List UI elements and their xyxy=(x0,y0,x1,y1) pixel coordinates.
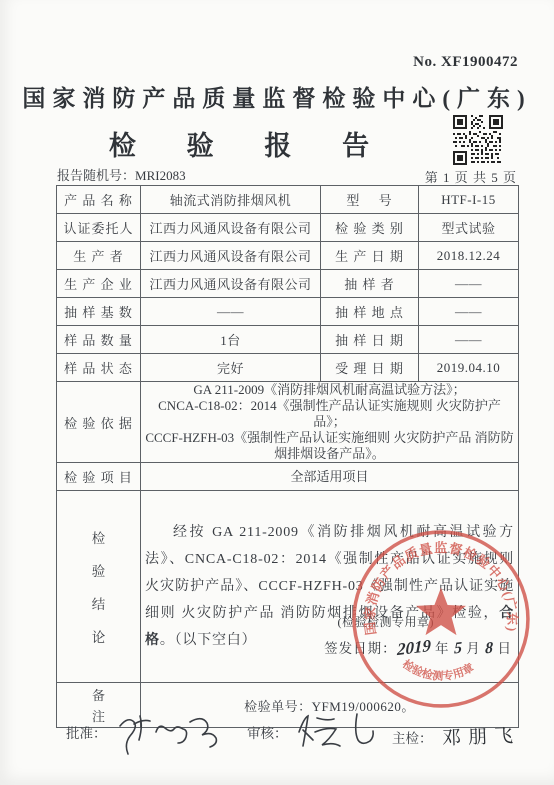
chief-signature-block: 主检： 邓朋飞 xyxy=(392,722,520,749)
table-row-items: 检 验 项 目 全部适用项目 xyxy=(57,463,519,491)
signature-row: 批准： 审核： 主检： 邓朋飞 xyxy=(56,710,526,766)
report-title: 检 验 报 告 xyxy=(20,124,480,163)
conclusion-label-char: 论 xyxy=(92,626,106,646)
serial-label: 报告随机号： xyxy=(57,168,135,183)
chief-label: 主检： xyxy=(392,731,433,746)
field-label: 抽 样 地 点 xyxy=(321,298,419,326)
field-value: HTF-I-15 xyxy=(419,186,519,214)
handwritten-year: 2019 xyxy=(397,636,431,660)
field-label: 检 验 项 目 xyxy=(57,463,141,491)
field-label: 抽 样 基 数 xyxy=(57,298,141,326)
field-value: 2018.12.24 xyxy=(419,242,519,270)
field-label: 认证委托人 xyxy=(57,214,141,242)
conclusion-body: 经按 GA 211-2009《消防排烟风机耐高温试验方法》、CNCA-C18-0… xyxy=(145,525,514,621)
serial-value: MRI2083 xyxy=(135,168,186,183)
field-label: 生 产 日 期 xyxy=(321,242,419,270)
review-label: 审核： xyxy=(247,726,288,741)
issue-date-prefix: 签发日期： xyxy=(324,641,397,656)
field-value: 2019.04.10 xyxy=(419,354,519,382)
field-value: 轴流式消防排烟风机 xyxy=(141,186,321,214)
field-label: 产 品 名 称 xyxy=(57,186,141,214)
serial-number-line: 报告随机号：MRI2083 xyxy=(57,165,186,184)
inspection-basis-value: GA 211-2009《消防排烟风机耐高温试验方法》； CNCA-C18-02：… xyxy=(141,382,519,463)
conclusion-tail: 。（以下空白） xyxy=(160,633,257,648)
field-value: —— xyxy=(141,298,321,326)
field-label: 生 产 企 业 xyxy=(57,270,141,298)
conclusion-label-char: 检 xyxy=(92,527,106,547)
field-value: 江西力风通风设备有限公司 xyxy=(141,242,321,270)
conclusion-cell: 经按 GA 211-2009《消防排烟风机耐高温试验方法》、CNCA-C18-0… xyxy=(141,491,519,683)
field-label: 样 品 状 态 xyxy=(57,354,141,382)
table-row: 抽 样 基 数 —— 抽 样 地 点 —— xyxy=(57,298,519,326)
table-row: 认证委托人 江西力风通风设备有限公司 检 验 类 别 型式试验 xyxy=(57,214,519,242)
inspection-report-page: No. XF1900472 国家消防产品质量监督检验中心(广东) 检 验 报 告… xyxy=(0,0,554,785)
field-value: —— xyxy=(419,298,519,326)
field-label: 生 产 者 xyxy=(57,242,141,270)
reviewer-signature xyxy=(291,708,391,760)
field-label: 检 验 依 据 xyxy=(57,382,141,463)
conclusion-text: 经按 GA 211-2009《消防排烟风机耐高温试验方法》、CNCA-C18-0… xyxy=(145,519,514,654)
inspection-items-value: 全部适用项目 xyxy=(141,463,519,491)
field-value: 江西力风通风设备有限公司 xyxy=(141,214,321,242)
basis-line: CCCF-HZFH-03《强制性产品认证实施细则 火灾防护产品 消防防烟排烟设备… xyxy=(145,430,514,462)
table-row-conclusion: 检 验 结 论 经按 GA 211-2009《消防排烟风机耐高温试验方法》、CN… xyxy=(57,491,519,683)
qr-code-icon xyxy=(451,115,505,165)
basis-line: CNCA-C18-02：2014《强制性产品认证实施规则 火灾防护产品》； xyxy=(145,398,514,430)
field-label: 型 号 xyxy=(321,186,419,214)
table-row: 产 品 名 称 轴流式消防排烟风机 型 号 HTF-I-15 xyxy=(57,186,519,214)
table-row: 生 产 者 江西力风通风设备有限公司 生 产 日 期 2018.12.24 xyxy=(57,242,519,270)
field-value: —— xyxy=(419,326,519,354)
field-value: 型式试验 xyxy=(419,214,519,242)
table-row: 样 品 状 态 完好 受 理 日 期 2019.04.10 xyxy=(57,354,519,382)
conclusion-label-char: 结 xyxy=(92,593,106,613)
conclusion-label-char: 验 xyxy=(92,560,106,580)
field-label: 抽 样 日 期 xyxy=(321,326,419,354)
handwritten-month: 5 xyxy=(454,639,462,658)
basis-line: GA 211-2009《消防排烟风机耐高温试验方法》； xyxy=(145,382,514,398)
field-value: —— xyxy=(419,270,519,298)
report-table: 产 品 名 称 轴流式消防排烟风机 型 号 HTF-I-15 认证委托人 江西力… xyxy=(56,185,519,728)
month-label: 月 xyxy=(466,641,481,656)
field-label: 样 品 数 量 xyxy=(57,326,141,354)
field-label: 受 理 日 期 xyxy=(321,354,419,382)
field-label: 检 验 类 别 xyxy=(321,214,419,242)
field-value: 江西力风通风设备有限公司 xyxy=(141,270,321,298)
handwritten-day: 8 xyxy=(485,639,493,658)
table-row: 生 产 企 业 江西力风通风设备有限公司 抽 样 者 —— xyxy=(57,270,519,298)
table-row-basis: 检 验 依 据 GA 211-2009《消防排烟风机耐高温试验方法》； CNCA… xyxy=(57,382,519,463)
day-label: 日 xyxy=(498,641,513,656)
approve-label: 批准： xyxy=(66,726,107,741)
approver-signature xyxy=(110,708,230,760)
field-value: 完好 xyxy=(141,354,321,382)
remark-label-char: 备 xyxy=(92,685,105,704)
chief-inspector-signature: 邓朋飞 xyxy=(441,721,520,751)
stamp-note: (检验检测专用章) xyxy=(338,613,435,630)
approve-signature-block: 批准： xyxy=(66,722,107,742)
field-label: 抽 样 者 xyxy=(321,270,419,298)
table-row: 样 品 数 量 1台 抽 样 日 期 —— xyxy=(57,326,519,354)
year-label: 年 xyxy=(435,641,450,656)
field-value: 1台 xyxy=(141,326,321,354)
conclusion-label: 检 验 结 论 xyxy=(57,491,141,683)
report-number: No. XF1900472 xyxy=(413,54,518,71)
review-signature-block: 审核： xyxy=(247,722,288,742)
issue-date-line: 签发日期：2019 年 5 月 8 日 xyxy=(324,637,512,658)
center-name-title: 国家消防产品质量监督检验中心(广东) xyxy=(0,80,554,113)
page-indicator: 第 1 页 共 5 页 xyxy=(425,167,517,186)
